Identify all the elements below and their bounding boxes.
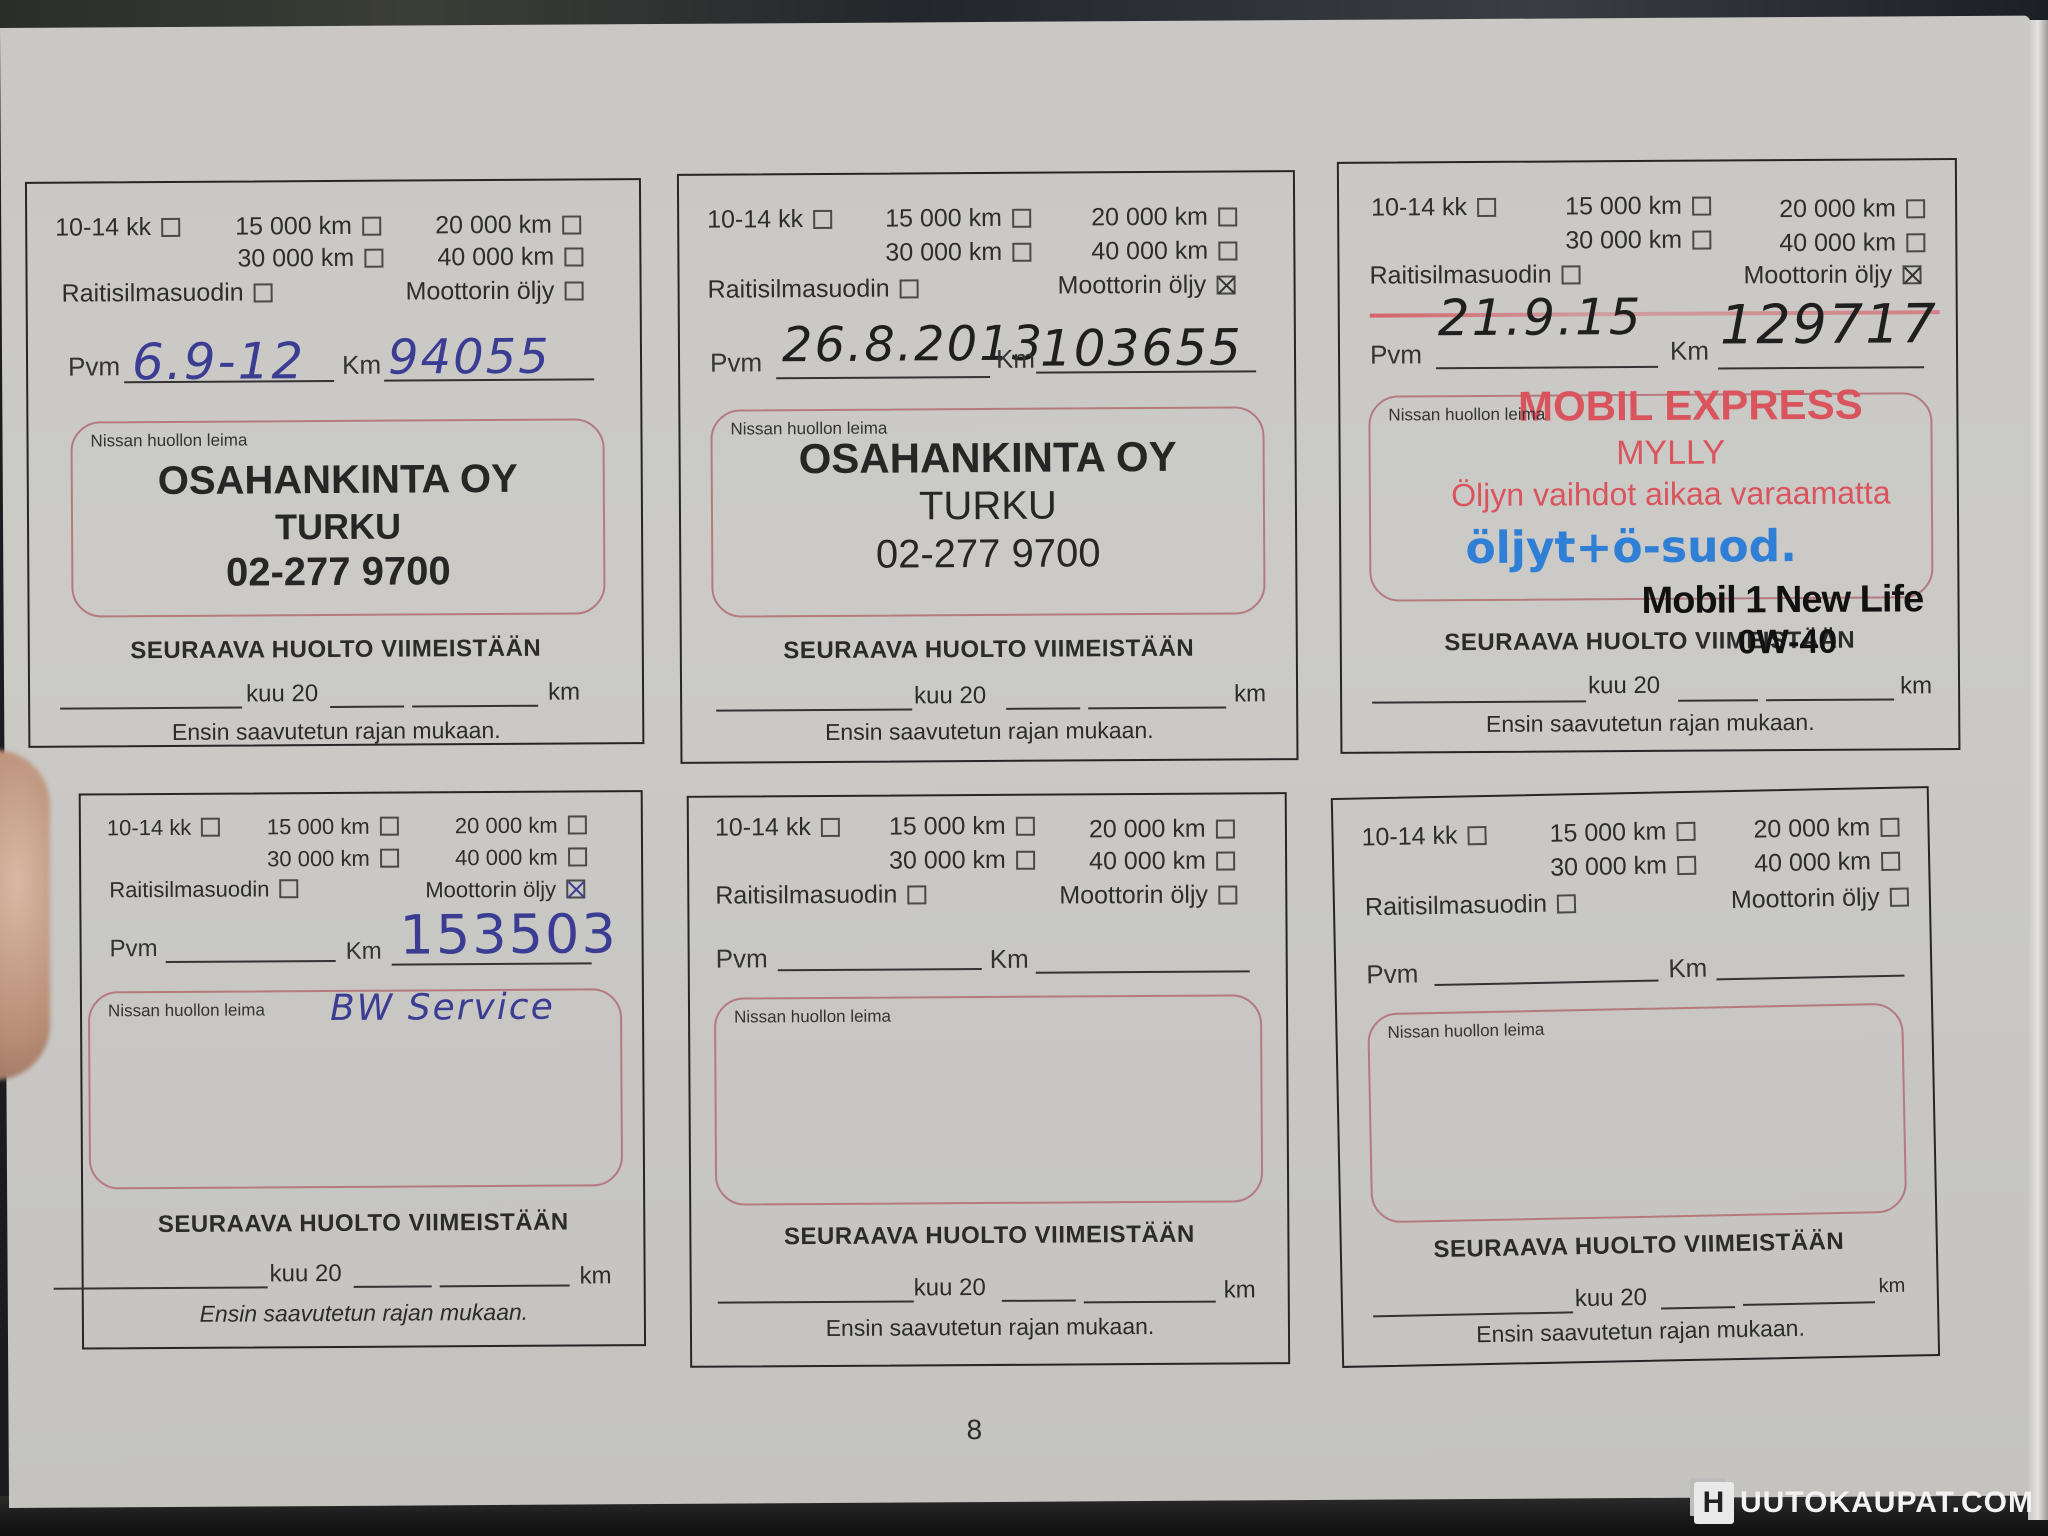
checkbox-40000[interactable]	[568, 847, 587, 866]
km-label: Km	[1668, 953, 1708, 985]
option-30000: 30 000 km	[267, 846, 399, 873]
date-label: Pvm	[716, 943, 768, 974]
option-20000: 20 000 km	[455, 812, 587, 839]
next-service-month-label: kuu 20	[270, 1260, 342, 1288]
option-engine-oil: Moottorin öljy	[425, 876, 585, 903]
option-40000: 40 000 km	[455, 844, 587, 871]
checkbox-40000[interactable]	[1906, 233, 1925, 252]
stamp-box: Nissan huollon leima	[1367, 1003, 1907, 1224]
date-value[interactable]: 6.9-12	[132, 332, 306, 391]
month-line	[60, 707, 242, 710]
date-line	[166, 960, 336, 963]
next-service-row: kuu 20 km	[692, 1272, 1288, 1276]
checkbox-cabin-filter[interactable]	[900, 279, 919, 298]
option-interval: 10-14 kk	[1361, 821, 1486, 853]
checkbox-15000[interactable]	[380, 817, 399, 836]
label-40000: 40 000 km	[1779, 228, 1896, 257]
red-stamp-location: MYLLY	[1411, 432, 1931, 474]
checkbox-engine-oil[interactable]	[1889, 888, 1908, 907]
label-30000: 30 000 km	[237, 244, 354, 273]
next-service-month-label: kuu 20	[914, 682, 986, 710]
option-cabin-filter: Raitisilmasuodin	[708, 274, 919, 304]
date-label: Pvm	[110, 935, 158, 963]
service-card-1: 10-14 kk 15 000 km 20 000 km 30 000 km 4…	[25, 178, 644, 748]
date-label: Pvm	[1366, 958, 1419, 990]
stamp-caption: Nissan huollon leima	[1387, 1020, 1544, 1043]
option-engine-oil: Moottorin öljy	[1743, 260, 1921, 290]
next-service-km-label: km	[1900, 672, 1932, 700]
checkbox-interval[interactable]	[201, 818, 220, 837]
label-40000: 40 000 km	[437, 243, 554, 272]
stamp-line-phone: 02-277 9700	[73, 548, 603, 596]
km-label: Km	[1670, 336, 1709, 367]
next-service-title: SEURAAVA HUOLTO VIIMEISTÄÄN	[83, 1208, 643, 1239]
next-service-note: Ensin saavutetun rajan mukaan.	[1343, 1312, 1937, 1351]
checkbox-engine-oil[interactable]	[564, 281, 583, 300]
option-interval: 10-14 kk	[1371, 193, 1496, 223]
label-engine-oil: Moottorin öljy	[425, 877, 556, 903]
option-20000: 20 000 km	[435, 210, 581, 240]
option-40000: 40 000 km	[1779, 228, 1925, 258]
option-cabin-filter: Raitisilmasuodin	[1365, 889, 1577, 922]
next-service-note: Ensin saavutetun rajan mukaan.	[1342, 708, 1958, 739]
next-service-title: SEURAAVA HUOLTO VIIMEISTÄÄN	[682, 634, 1296, 666]
month-line	[718, 1300, 914, 1303]
option-15000: 15 000 km	[889, 812, 1035, 842]
option-interval: 10-14 kk	[707, 205, 832, 235]
label-20000: 20 000 km	[1779, 194, 1896, 223]
label-cabin-filter: Raitisilmasuodin	[62, 279, 244, 308]
label-40000: 40 000 km	[1091, 237, 1208, 266]
checkbox-cabin-filter[interactable]	[254, 283, 273, 302]
label-40000: 40 000 km	[455, 845, 558, 871]
service-card-5: 10-14 kk 15 000 km 20 000 km 30 000 km 4…	[687, 792, 1290, 1368]
date-label: Pvm	[68, 351, 120, 382]
checkbox-15000[interactable]	[1692, 197, 1711, 216]
next-km-line	[1084, 1301, 1216, 1304]
next-service-note: Ensin saavutetun rajan mukaan.	[682, 716, 1296, 747]
stamp-box: Nissan huollon leima OSAHANKINTA OY TURK…	[70, 418, 605, 617]
option-30000: 30 000 km	[885, 238, 1031, 268]
next-service-km-label: km	[548, 678, 580, 706]
label-interval: 10-14 kk	[107, 815, 192, 841]
next-service-month-label: kuu 20	[1575, 1284, 1648, 1313]
service-card-6: 10-14 kk 15 000 km 20 000 km 30 000 km 4…	[1331, 786, 1940, 1368]
label-40000: 40 000 km	[1089, 847, 1206, 876]
date-label: Pvm	[710, 347, 762, 378]
service-card-4: 10-14 kk 15 000 km 20 000 km 30 000 km 4…	[79, 790, 646, 1349]
label-40000: 40 000 km	[1754, 847, 1871, 877]
km-value[interactable]: 129717	[1720, 292, 1939, 356]
page-number: 8	[966, 1414, 982, 1446]
km-value[interactable]: 153503	[399, 902, 618, 966]
option-engine-oil: Moottorin öljy	[1731, 883, 1909, 916]
checkbox-40000[interactable]	[1881, 852, 1900, 871]
date-value[interactable]: 21.9.15	[1438, 288, 1643, 347]
checkbox-20000[interactable]	[1906, 199, 1925, 218]
next-km-line	[440, 1285, 570, 1288]
next-service-month-label: kuu 20	[1588, 672, 1660, 700]
label-engine-oil: Moottorin öljy	[1058, 271, 1207, 300]
km-value[interactable]: 103655	[1040, 318, 1243, 377]
checkbox-interval[interactable]	[1467, 826, 1486, 845]
date-line	[1435, 980, 1659, 986]
next-service-row: kuu 20 km	[1342, 670, 1958, 674]
next-km-line	[1743, 1301, 1875, 1306]
option-20000: 20 000 km	[1091, 202, 1237, 232]
date-line	[778, 968, 982, 971]
label-30000: 30 000 km	[885, 238, 1002, 267]
year-line	[1661, 1306, 1735, 1309]
option-interval: 10-14 kk	[107, 815, 221, 842]
label-30000: 30 000 km	[1565, 226, 1682, 255]
option-40000: 40 000 km	[1754, 847, 1900, 879]
option-cabin-filter: Raitisilmasuodin	[62, 278, 273, 308]
label-engine-oil: Moottorin öljy	[1059, 881, 1208, 910]
month-line	[1372, 700, 1586, 703]
checkbox-engine-oil[interactable]	[1218, 885, 1237, 904]
service-card-3: 10-14 kk 15 000 km 20 000 km 30 000 km 4…	[1337, 158, 1961, 754]
stamp-caption: Nissan huollon leima	[1388, 405, 1545, 426]
checkbox-40000[interactable]	[1216, 851, 1235, 870]
checkbox-15000[interactable]	[1012, 209, 1031, 228]
label-cabin-filter: Raitisilmasuodin	[109, 876, 269, 902]
checkbox-20000[interactable]	[568, 815, 587, 834]
thumb	[0, 750, 50, 1080]
km-label: Km	[990, 944, 1029, 975]
option-interval: 10-14 kk	[715, 813, 840, 843]
next-service-km-label: km	[580, 1262, 612, 1290]
stamp-caption: Nissan huollon leima	[734, 1007, 891, 1028]
next-service-month-label: kuu 20	[246, 680, 318, 708]
option-15000: 15 000 km	[235, 212, 381, 242]
option-40000: 40 000 km	[1091, 236, 1237, 266]
km-value[interactable]: 94055	[388, 329, 551, 386]
next-service-km-label: km	[1878, 1275, 1905, 1299]
label-15000: 15 000 km	[1565, 192, 1682, 221]
year-line	[354, 1285, 432, 1287]
watermark-logo-icon: H	[1694, 1482, 1734, 1524]
date-line	[776, 376, 990, 379]
option-20000: 20 000 km	[1779, 194, 1925, 224]
label-engine-oil: Moottorin öljy	[1743, 260, 1892, 289]
option-engine-oil: Moottorin öljy	[1058, 270, 1236, 300]
next-service-row: kuu 20 km	[30, 678, 642, 682]
service-card-2: 10-14 kk 15 000 km 20 000 km 30 000 km 4…	[677, 170, 1299, 764]
label-cabin-filter: Raitisilmasuodin	[708, 275, 890, 304]
stamp-line-city: TURKU	[73, 504, 603, 549]
month-line	[54, 1286, 268, 1289]
next-service-month-label: kuu 20	[914, 1274, 986, 1302]
km-label: Km	[996, 344, 1035, 375]
label-cabin-filter: Raitisilmasuodin	[1365, 890, 1548, 922]
option-15000: 15 000 km	[885, 204, 1031, 234]
black-stamp-viscosity: 0W-40	[1738, 623, 1838, 663]
checkbox-interval[interactable]	[813, 210, 832, 229]
km-label: Km	[342, 350, 381, 381]
next-service-km-label: km	[1234, 680, 1266, 708]
checkbox-interval[interactable]	[1477, 198, 1496, 217]
option-cabin-filter: Raitisilmasuodin	[715, 880, 926, 910]
stamp-line-city: TURKU	[713, 482, 1263, 530]
label-20000: 20 000 km	[1089, 815, 1206, 844]
label-15000: 15 000 km	[267, 814, 370, 840]
checkbox-30000[interactable]	[364, 249, 383, 268]
stamp-line-company: OSAHANKINTA OY	[73, 456, 603, 504]
checkbox-engine-oil-checked[interactable]	[1902, 265, 1921, 284]
checkbox-30000[interactable]	[1016, 851, 1035, 870]
stamp-box: Nissan huollon leima OSAHANKINTA OY TURK…	[710, 406, 1265, 617]
checkbox-engine-oil-checked[interactable]	[1216, 275, 1235, 294]
label-interval: 10-14 kk	[1371, 193, 1467, 222]
stamp-line-phone: 02-277 9700	[713, 530, 1263, 578]
next-service-note: Ensin saavutetun rajan mukaan.	[692, 1312, 1288, 1343]
watermark-text: UUTOKAUPAT.COM	[1740, 1486, 2034, 1520]
checkbox-interval[interactable]	[161, 218, 180, 237]
option-15000: 15 000 km	[267, 814, 399, 841]
checkbox-30000[interactable]	[1692, 231, 1711, 250]
next-service-row: kuu 20 km	[1343, 1274, 1937, 1286]
option-30000: 30 000 km	[889, 846, 1035, 876]
checkbox-cabin-filter[interactable]	[1557, 894, 1576, 913]
checkbox-20000[interactable]	[1216, 819, 1235, 838]
handwritten-service-name: BW Service	[330, 987, 555, 1029]
option-15000: 15 000 km	[1549, 817, 1695, 849]
checkbox-30000[interactable]	[380, 849, 399, 868]
option-40000: 40 000 km	[1089, 846, 1235, 876]
label-interval: 10-14 kk	[1361, 822, 1457, 852]
stamp-box: Nissan huollon leima MOBIL EXPRESS MYLLY…	[1368, 392, 1933, 601]
label-15000: 15 000 km	[885, 204, 1002, 233]
option-30000: 30 000 km	[1550, 851, 1696, 883]
date-label: Pvm	[1370, 339, 1422, 370]
checkbox-engine-oil-checked[interactable]	[566, 879, 585, 898]
checkbox-15000[interactable]	[1676, 822, 1695, 841]
year-line	[330, 706, 404, 708]
next-km-line	[412, 705, 538, 708]
checkbox-15000[interactable]	[362, 217, 381, 236]
month-line	[1373, 1311, 1573, 1317]
stamp-line-company: OSAHANKINTA OY	[713, 432, 1263, 483]
checkbox-30000[interactable]	[1012, 243, 1031, 262]
red-stamp-slogan: Öljyn vaihdot aikaa varaamatta	[1411, 474, 1931, 514]
black-stamp-oil: Mobil 1 New Life	[1641, 578, 1923, 623]
label-20000: 20 000 km	[1091, 203, 1208, 232]
label-15000: 15 000 km	[1549, 817, 1666, 847]
checkbox-interval[interactable]	[821, 818, 840, 837]
year-line	[1002, 1299, 1076, 1301]
blue-stamp-note: öljyt+ö-suod.	[1331, 520, 1931, 575]
label-interval: 10-14 kk	[715, 813, 811, 842]
label-engine-oil: Moottorin öljy	[406, 277, 555, 306]
option-engine-oil: Moottorin öljy	[406, 276, 584, 306]
next-service-note: Ensin saavutetun rajan mukaan.	[84, 1298, 644, 1328]
option-cabin-filter: Raitisilmasuodin	[1369, 260, 1580, 290]
label-30000: 30 000 km	[267, 846, 370, 872]
next-km-line	[1766, 698, 1894, 701]
stamp-caption: Nissan huollon leima	[90, 430, 247, 451]
checkbox-20000[interactable]	[1218, 207, 1237, 226]
checkbox-40000[interactable]	[1218, 241, 1237, 260]
next-service-title: SEURAAVA HUOLTO VIIMEISTÄÄN	[1342, 1226, 1936, 1266]
label-20000: 20 000 km	[435, 211, 552, 240]
label-30000: 30 000 km	[1550, 851, 1667, 881]
year-line	[1678, 699, 1758, 701]
option-cabin-filter: Raitisilmasuodin	[109, 876, 298, 903]
option-40000: 40 000 km	[437, 242, 583, 272]
checkbox-30000[interactable]	[1677, 856, 1696, 875]
next-service-title: SEURAAVA HUOLTO VIIMEISTÄÄN	[30, 634, 642, 666]
option-20000: 20 000 km	[1089, 814, 1235, 844]
option-interval: 10-14 kk	[55, 213, 180, 243]
label-cabin-filter: Raitisilmasuodin	[1369, 261, 1551, 290]
checkbox-cabin-filter[interactable]	[279, 879, 298, 898]
stamp-box: Nissan huollon leima BW Service	[88, 988, 623, 1189]
km-label: Km	[346, 938, 382, 966]
next-service-row: kuu 20 km	[682, 680, 1296, 684]
label-interval: 10-14 kk	[55, 213, 151, 242]
checkbox-20000[interactable]	[1880, 818, 1899, 837]
booklet-page: 10-14 kk 15 000 km 20 000 km 30 000 km 4…	[0, 16, 2039, 1508]
label-interval: 10-14 kk	[707, 205, 803, 234]
next-service-row: kuu 20 km	[84, 1258, 644, 1261]
date-line	[1436, 366, 1658, 369]
stamp-caption: Nissan huollon leima	[108, 1000, 265, 1021]
year-line	[1006, 707, 1080, 709]
label-30000: 30 000 km	[889, 846, 1006, 875]
option-30000: 30 000 km	[1565, 226, 1711, 256]
km-line	[1716, 975, 1904, 981]
checkbox-cabin-filter[interactable]	[907, 885, 926, 904]
label-20000: 20 000 km	[1753, 813, 1870, 843]
next-service-note: Ensin saavutetun rajan mukaan.	[30, 716, 642, 747]
month-line	[716, 708, 912, 711]
next-service-title: SEURAAVA HUOLTO VIIMEISTÄÄN	[1342, 626, 1958, 658]
checkbox-15000[interactable]	[1016, 817, 1035, 836]
option-20000: 20 000 km	[1753, 813, 1899, 845]
booklet-page-edge	[2028, 20, 2048, 1520]
next-service-title: SEURAAVA HUOLTO VIIMEISTÄÄN	[691, 1220, 1287, 1252]
label-20000: 20 000 km	[455, 813, 558, 839]
option-15000: 15 000 km	[1565, 192, 1711, 222]
km-line	[1036, 970, 1250, 973]
km-line	[1718, 366, 1924, 369]
checkbox-20000[interactable]	[562, 215, 581, 234]
option-30000: 30 000 km	[237, 244, 383, 274]
next-km-line	[1088, 707, 1226, 710]
label-cabin-filter: Raitisilmasuodin	[715, 881, 897, 910]
label-15000: 15 000 km	[235, 212, 352, 241]
next-service-km-label: km	[1224, 1276, 1256, 1304]
stamp-box: Nissan huollon leima	[714, 994, 1263, 1205]
watermark: H UUTOKAUPAT.COM	[1694, 1478, 2034, 1528]
checkbox-40000[interactable]	[564, 247, 583, 266]
label-engine-oil: Moottorin öljy	[1731, 883, 1880, 914]
label-15000: 15 000 km	[889, 812, 1006, 841]
option-engine-oil: Moottorin öljy	[1059, 880, 1237, 910]
checkbox-cabin-filter[interactable]	[1562, 265, 1581, 284]
